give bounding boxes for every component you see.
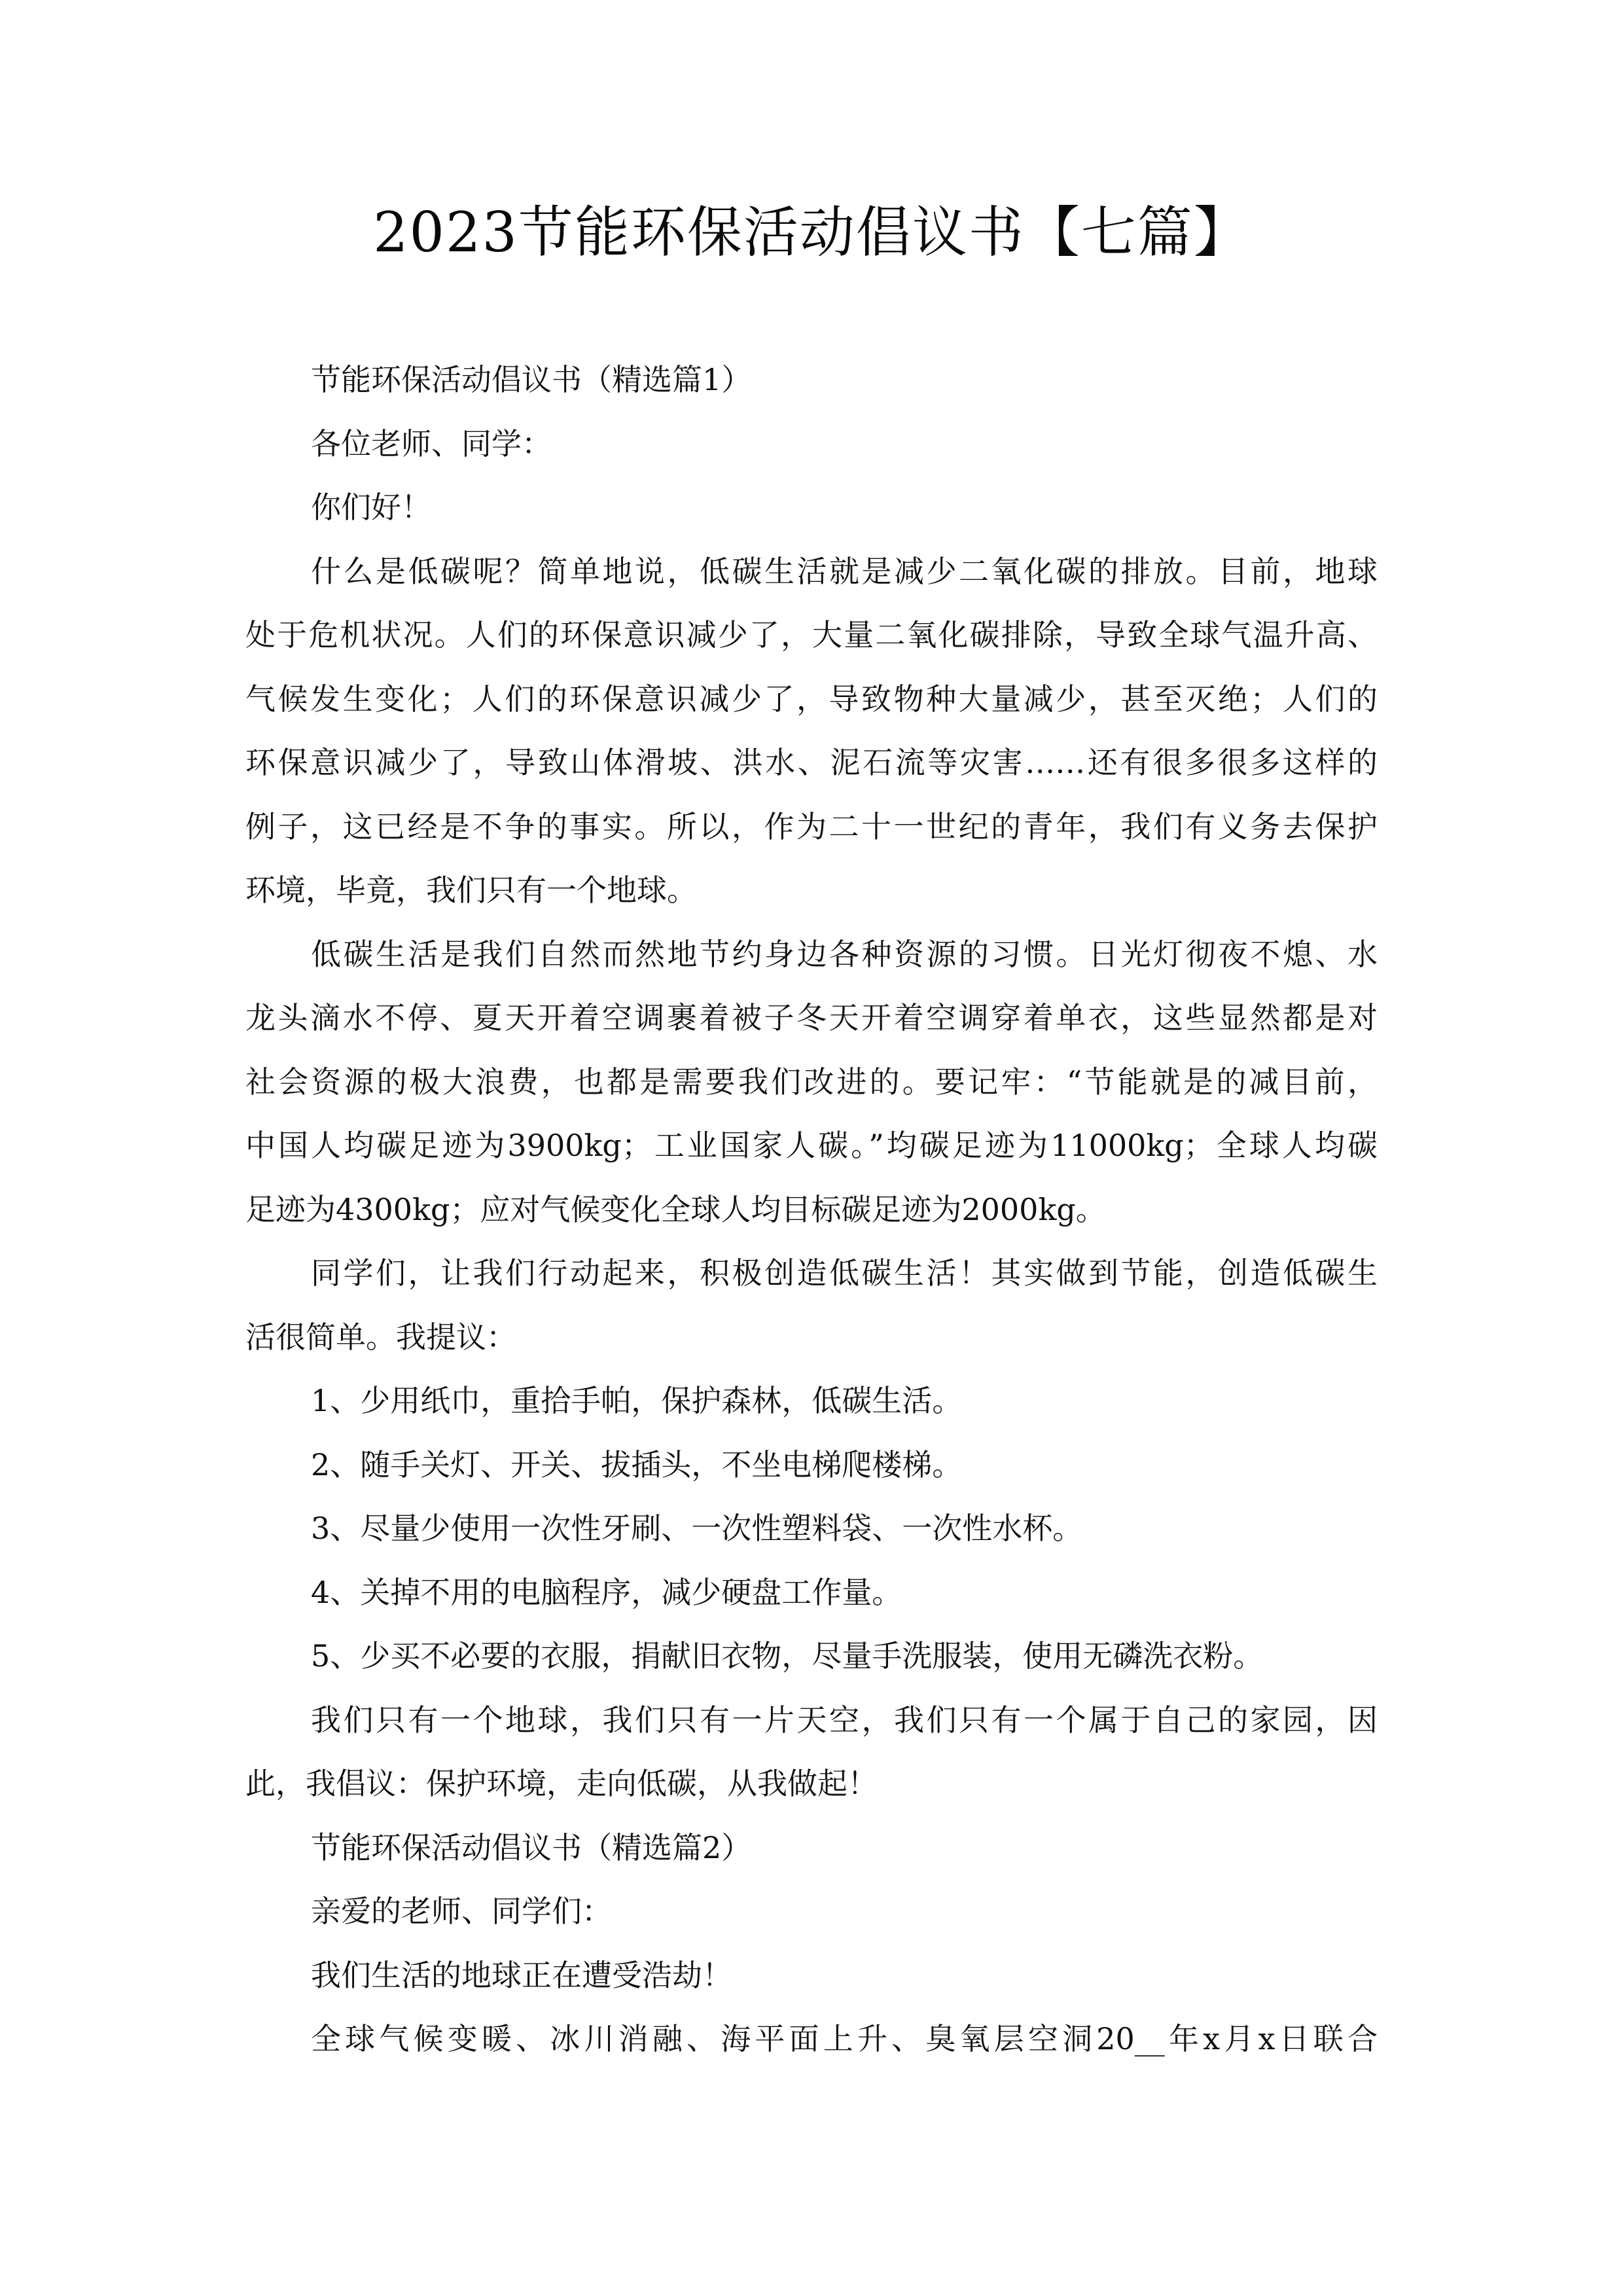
paragraph-line: 气候发生变化；人们的环保意识减少了，导致物种大量减少，甚至灭绝；人们的 <box>245 668 1378 732</box>
document-body: 节能环保活动倡议书（精选篇1）各位老师、同学：你们好！什么是低碳呢？简单地说，低… <box>245 348 1378 2072</box>
section-heading: 节能环保活动倡议书（精选篇2） <box>245 1816 1378 1880</box>
paragraph-line: 足迹为4300kg；应对气候变化全球人均目标碳足迹为2000kg。 <box>245 1178 1378 1242</box>
paragraph-line: 同学们，让我们行动起来，积极创造低碳生活！其实做到节能，创造低碳生 <box>245 1242 1378 1306</box>
paragraph-line: 龙头滴水不停、夏天开着空调裹着被子冬天开着空调穿着单衣，这些显然都是对 <box>245 986 1378 1050</box>
paragraph-line: 活很简单。我提议： <box>245 1306 1378 1370</box>
paragraph-line: 什么是低碳呢？简单地说，低碳生活就是减少二氧化碳的排放。目前，地球 <box>245 540 1378 604</box>
paragraph-line: 社会资源的极大浪费，也都是需要我们改进的。要记牢：“节能就是的减目前， <box>245 1050 1378 1115</box>
paragraph-line: 此，我倡议：保护环境，走向低碳，从我做起！ <box>245 1752 1378 1816</box>
paragraph-line: 中国人均碳足迹为3900kg；工业国家人碳。”均碳足迹为11000kg；全球人均… <box>245 1114 1378 1178</box>
document-page: 2023节能环保活动倡议书【七篇】 节能环保活动倡议书（精选篇1）各位老师、同学… <box>0 0 1623 2296</box>
paragraph-line: 全球气候变暖、冰川消融、海平面上升、臭氧层空洞20__年x月x日联合 <box>245 2007 1378 2072</box>
paragraph-line: 例子，这已经是不争的事实。所以，作为二十一世纪的青年，我们有义务去保护 <box>245 795 1378 859</box>
greeting: 你们好！ <box>245 476 1378 540</box>
section-heading: 节能环保活动倡议书（精选篇1） <box>245 348 1378 412</box>
list-item: 3、尽量少使用一次性牙刷、一次性塑料袋、一次性水杯。 <box>245 1497 1378 1561</box>
salutation: 各位老师、同学： <box>245 412 1378 476</box>
paragraph-line: 低碳生活是我们自然而然地节约身边各种资源的习惯。日光灯彻夜不熄、水 <box>245 923 1378 987</box>
document-title: 2023节能环保活动倡议书【七篇】 <box>0 196 1623 268</box>
paragraph-line: 环保意识减少了，导致山体滑坡、洪水、泥石流等灾害……还有很多很多这样的 <box>245 731 1378 795</box>
paragraph-line: 环境，毕竟，我们只有一个地球。 <box>245 859 1378 923</box>
list-item: 2、随手关灯、开关、拔插头，不坐电梯爬楼梯。 <box>245 1433 1378 1498</box>
paragraph-line: 我们生活的地球正在遭受浩劫！ <box>245 1944 1378 2008</box>
list-item: 5、少买不必要的衣服，捐献旧衣物，尽量手洗服装，使用无磷洗衣粉。 <box>245 1624 1378 1689</box>
paragraph-line: 处于危机状况。人们的环保意识减少了，大量二氧化碳排除，导致全球气温升高、 <box>245 603 1378 668</box>
list-item: 1、少用纸巾，重拾手帕，保护森林，低碳生活。 <box>245 1369 1378 1433</box>
paragraph-line: 我们只有一个地球，我们只有一片天空，我们只有一个属于自己的家园，因 <box>245 1689 1378 1753</box>
list-item: 4、关掉不用的电脑程序，减少硬盘工作量。 <box>245 1561 1378 1625</box>
salutation: 亲爱的老师、同学们： <box>245 1880 1378 1944</box>
